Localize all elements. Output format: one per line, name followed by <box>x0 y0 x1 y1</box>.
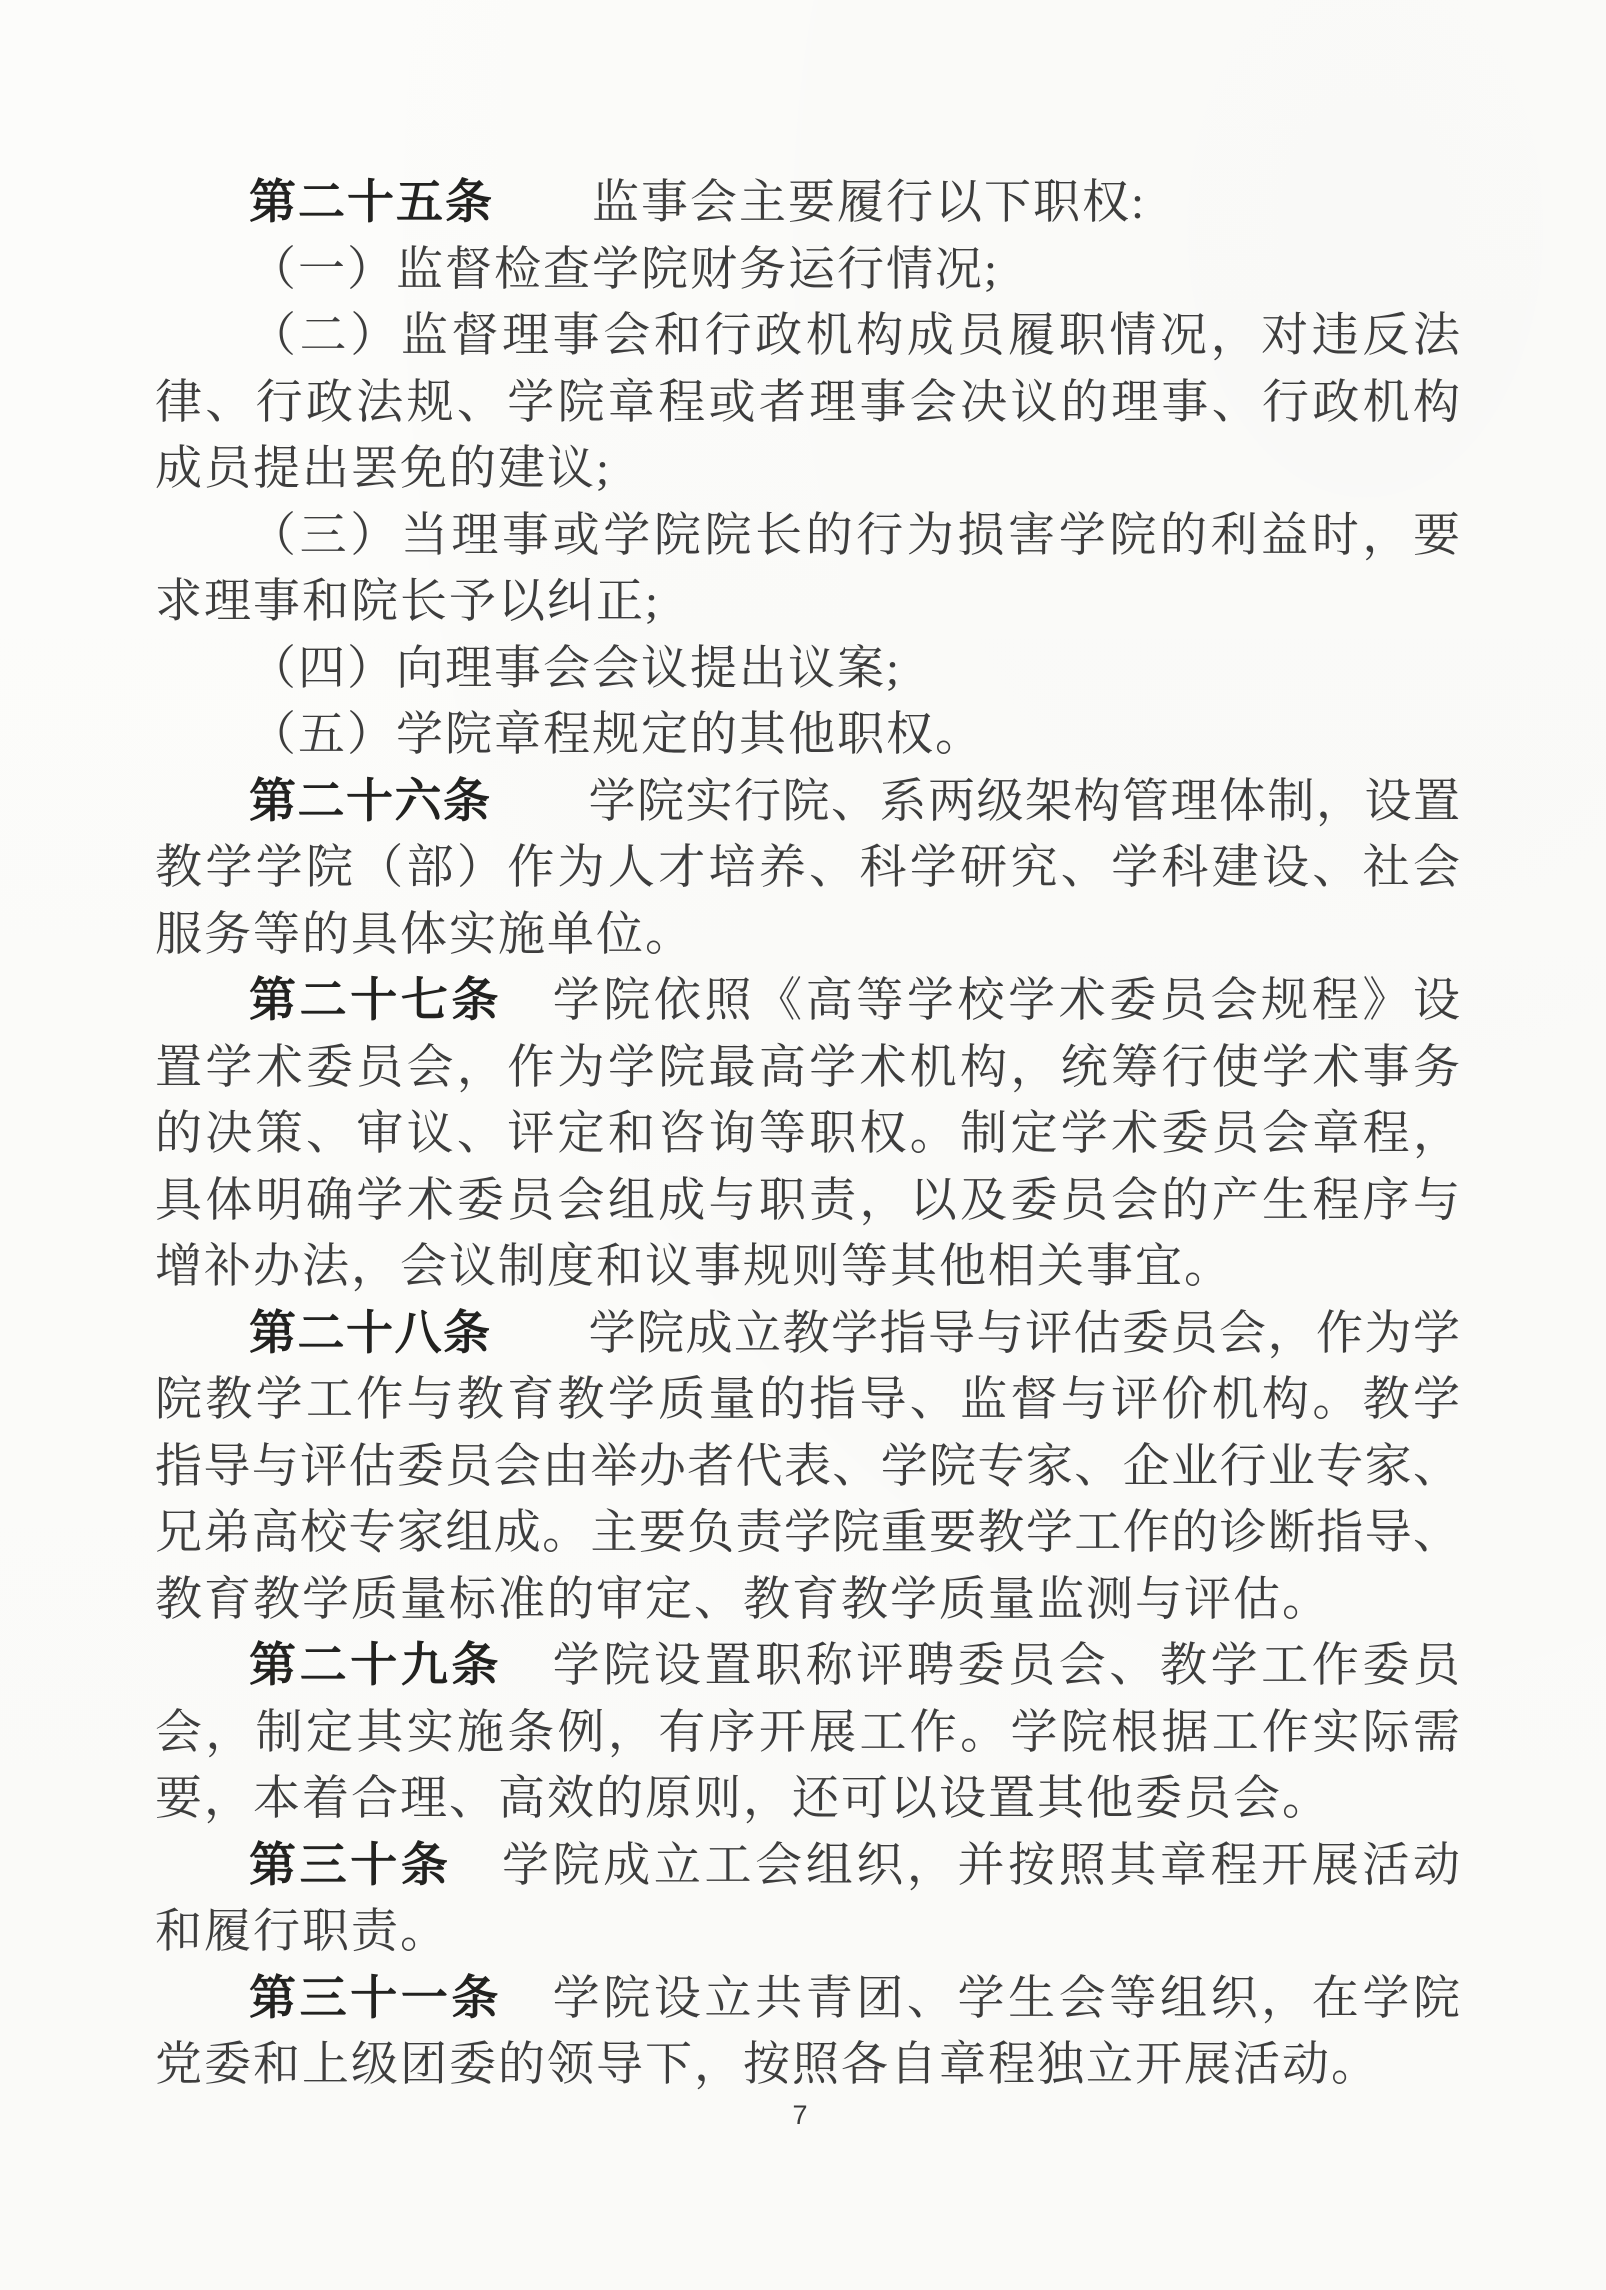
line-text: （四）向理事会会议提出议案; <box>249 643 901 695</box>
line-text: （三）当理事或学院院长的行为损害学院的利益时，要 <box>249 510 1460 562</box>
line-text: 求理事和院长予以纠正; <box>155 576 660 628</box>
line-text: 具体明确学术委员会组成与职责，以及委员会的产生程序与 <box>155 1175 1460 1227</box>
text-line: 成员提出罢免的建议; <box>155 436 1460 503</box>
text-line: 置学术委员会，作为学院最高学术机构，统筹行使学术事务 <box>155 1035 1460 1102</box>
article-number: 第二十九条 <box>249 1640 502 1692</box>
text-line: 增补办法，会议制度和议事规则等其他相关事宜。 <box>155 1234 1460 1301</box>
line-text: 指导与评估委员会由举办者代表、学院专家、企业行业专家、 <box>155 1441 1460 1493</box>
line-text: 院教学工作与教育教学质量的指导、监督与评价机构。教学 <box>155 1374 1460 1426</box>
text-line: 第二十八条 学院成立教学指导与评估委员会，作为学 <box>155 1301 1460 1368</box>
line-text: 置学术委员会，作为学院最高学术机构，统筹行使学术事务 <box>155 1042 1460 1094</box>
text-line: 第三十一条 学院设立共青团、学生会等组织，在学院 <box>155 1966 1460 2033</box>
article-number: 第二十八条 <box>249 1308 492 1360</box>
text-line: 第二十五条 监事会主要履行以下职权: <box>155 170 1460 237</box>
line-text: 学院成立工会组织，并按照其章程开展活动 <box>451 1840 1460 1892</box>
line-text: 教育教学质量标准的审定、教育教学质量监测与评估。 <box>155 1574 1331 1626</box>
text-line: （二）监督理事会和行政机构成员履职情况，对违反法 <box>155 303 1460 370</box>
text-line: 和履行职责。 <box>155 1899 1460 1966</box>
line-text: （一）监督检查学院财务运行情况; <box>249 244 999 296</box>
line-text: 学院设置职称评聘委员会、教学工作委员 <box>502 1640 1460 1692</box>
text-line: 第二十六条 学院实行院、系两级架构管理体制，设置 <box>155 769 1460 836</box>
line-text: 学院成立教学指导与评估委员会，作为学 <box>492 1308 1461 1360</box>
scanned-document-page: 第二十五条 监事会主要履行以下职权:（一）监督检查学院财务运行情况;（二）监督理… <box>0 0 1606 2290</box>
text-line: （五）学院章程规定的其他职权。 <box>155 702 1460 769</box>
text-line: 律、行政法规、学院章程或者理事会决议的理事、行政机构 <box>155 370 1460 437</box>
article-number: 第三十一条 <box>249 1973 502 2025</box>
line-text: 服务等的具体实施单位。 <box>155 909 694 961</box>
line-text: 和履行职责。 <box>155 1906 449 1958</box>
text-line: （三）当理事或学院院长的行为损害学院的利益时，要 <box>155 503 1460 570</box>
text-line: 第二十九条 学院设置职称评聘委员会、教学工作委员 <box>155 1633 1460 1700</box>
line-text: 会，制定其实施条例，有序开展工作。学院根据工作实际需 <box>155 1707 1460 1759</box>
line-text: 党委和上级团委的领导下，按照各自章程独立开展活动。 <box>155 2039 1380 2091</box>
text-line: 党委和上级团委的领导下，按照各自章程独立开展活动。 <box>155 2032 1460 2099</box>
text-line: 院教学工作与教育教学质量的指导、监督与评价机构。教学 <box>155 1367 1460 1434</box>
text-line: 具体明确学术委员会组成与职责，以及委员会的产生程序与 <box>155 1168 1460 1235</box>
line-text: 律、行政法规、学院章程或者理事会决议的理事、行政机构 <box>155 377 1460 429</box>
text-line: 教学学院（部）作为人才培养、科学研究、学科建设、社会 <box>155 835 1460 902</box>
text-line: 第三十条 学院成立工会组织，并按照其章程开展活动 <box>155 1833 1460 1900</box>
page-number: 7 <box>0 2100 1600 2131</box>
line-text: 学院依照《高等学校学术委员会规程》设 <box>502 975 1460 1027</box>
article-number: 第二十七条 <box>249 975 502 1027</box>
line-text: 学院实行院、系两级架构管理体制，设置 <box>492 776 1461 828</box>
text-line: 求理事和院长予以纠正; <box>155 569 1460 636</box>
text-line: 会，制定其实施条例，有序开展工作。学院根据工作实际需 <box>155 1700 1460 1767</box>
text-line: 兄弟高校专家组成。主要负责学院重要教学工作的诊断指导、 <box>155 1500 1460 1567</box>
article-number: 第三十条 <box>249 1840 451 1892</box>
line-text: 兄弟高校专家组成。主要负责学院重要教学工作的诊断指导、 <box>155 1507 1460 1559</box>
line-text: 要，本着合理、高效的原则，还可以设置其他委员会。 <box>155 1773 1331 1825</box>
article-number: 第二十六条 <box>249 776 492 828</box>
text-line: 的决策、审议、评定和咨询等职权。制定学术委员会章程， <box>155 1101 1460 1168</box>
line-text: 学院设立共青团、学生会等组织，在学院 <box>502 1973 1460 2025</box>
line-text: （五）学院章程规定的其他职权。 <box>249 709 984 761</box>
line-text: （二）监督理事会和行政机构成员履职情况，对违反法 <box>249 310 1460 362</box>
line-text: 监事会主要履行以下职权: <box>494 177 1146 229</box>
text-line: 教育教学质量标准的审定、教育教学质量监测与评估。 <box>155 1567 1460 1634</box>
line-text: 的决策、审议、评定和咨询等职权。制定学术委员会章程， <box>155 1108 1460 1160</box>
text-line: 指导与评估委员会由举办者代表、学院专家、企业行业专家、 <box>155 1434 1460 1501</box>
line-text: 增补办法，会议制度和议事规则等其他相关事宜。 <box>155 1241 1233 1293</box>
line-text: 教学学院（部）作为人才培养、科学研究、学科建设、社会 <box>155 842 1460 894</box>
text-line: （一）监督检查学院财务运行情况; <box>155 237 1460 304</box>
article-number: 第二十五条 <box>249 177 494 229</box>
text-line: 第二十七条 学院依照《高等学校学术委员会规程》设 <box>155 968 1460 1035</box>
text-line: 服务等的具体实施单位。 <box>155 902 1460 969</box>
line-text: 成员提出罢免的建议; <box>155 443 611 495</box>
text-line: （四）向理事会会议提出议案; <box>155 636 1460 703</box>
text-line: 要，本着合理、高效的原则，还可以设置其他委员会。 <box>155 1766 1460 1833</box>
document-body: 第二十五条 监事会主要履行以下职权:（一）监督检查学院财务运行情况;（二）监督理… <box>155 170 1460 2099</box>
